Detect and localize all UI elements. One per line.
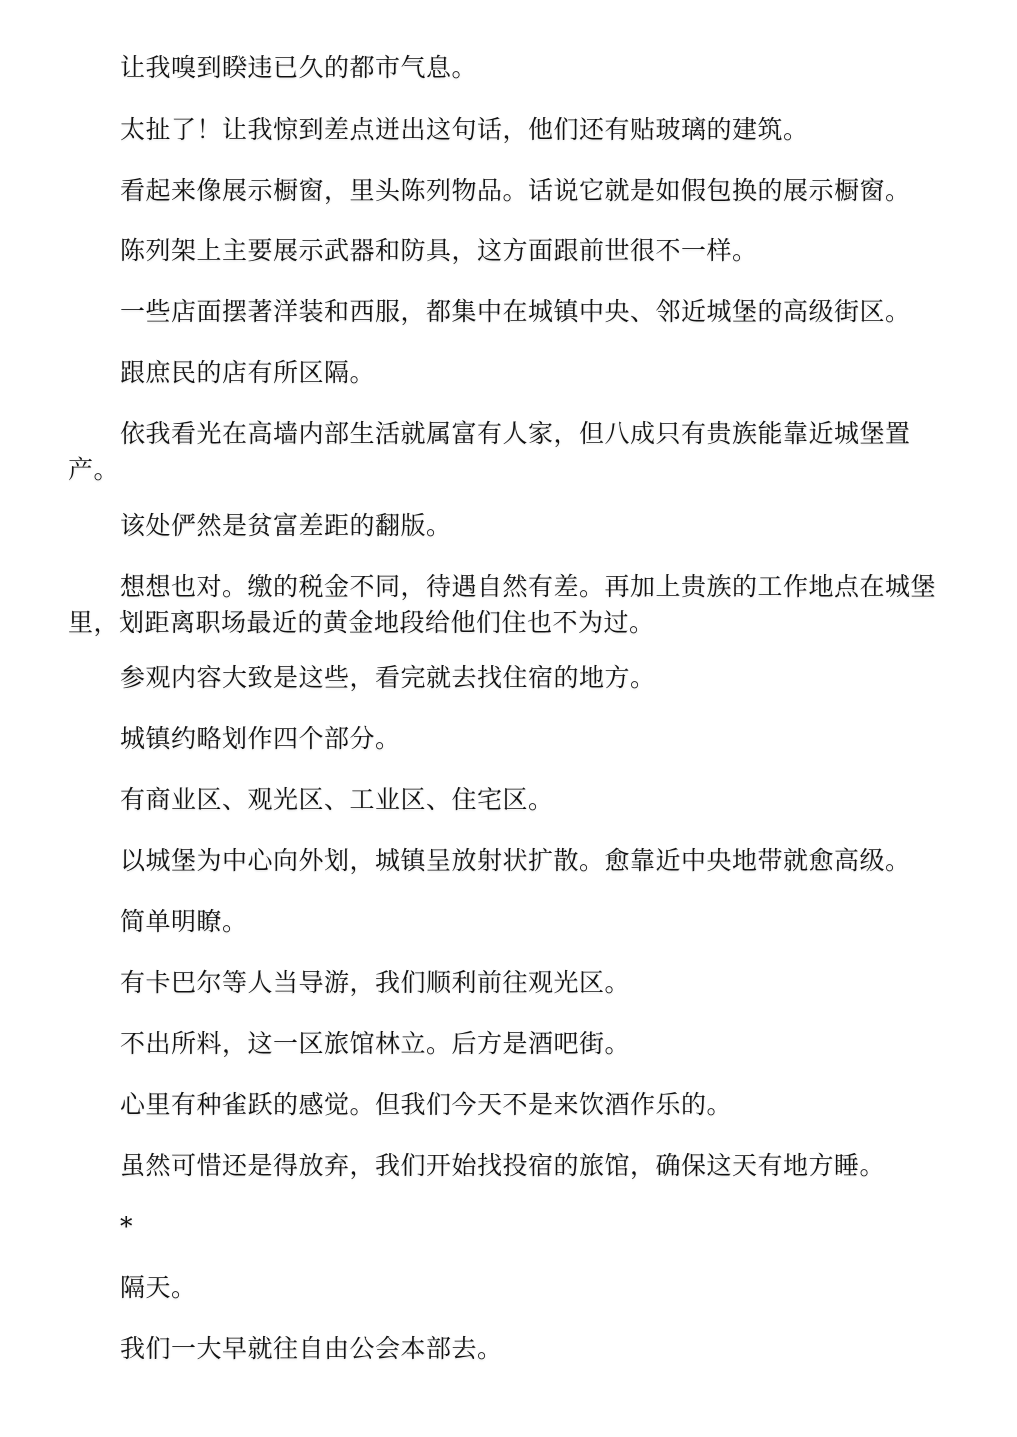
- paragraph: 太扯了！让我惊到差点迸出这句话，他们还有贴玻璃的建筑。: [68, 112, 948, 148]
- paragraph: 看起来像展示橱窗，里头陈列物品。话说它就是如假包换的展示橱窗。: [68, 173, 948, 209]
- paragraph: 想想也对。缴的税金不同，待遇自然有差。再加上贵族的工作地点在城堡里，划距离职场最…: [68, 569, 948, 641]
- paragraph: 依我看光在高墙内部生活就属富有人家，但八成只有贵族能靠近城堡置产。: [68, 416, 948, 488]
- paragraph: 参观内容大致是这些，看完就去找住宿的地方。: [68, 660, 948, 696]
- paragraph: 简单明瞭。: [68, 904, 948, 940]
- paragraph: 跟庶民的店有所区隔。: [68, 355, 948, 391]
- scene-break-asterisk: *: [68, 1209, 948, 1245]
- paragraph: 虽然可惜还是得放弃，我们开始找投宿的旅馆，确保这天有地方睡。: [68, 1148, 948, 1184]
- paragraph: 一些店面摆著洋装和西服，都集中在城镇中央、邻近城堡的高级街区。: [68, 294, 948, 330]
- paragraph: 隔天。: [68, 1270, 948, 1306]
- document-page: 让我嗅到睽违已久的都市气息。 太扯了！让我惊到差点迸出这句话，他们还有贴玻璃的建…: [0, 0, 1017, 1437]
- paragraph: 有商业区、观光区、工业区、住宅区。: [68, 782, 948, 818]
- paragraph: 心里有种雀跃的感觉。但我们今天不是来饮酒作乐的。: [68, 1087, 948, 1123]
- paragraph: 我们一大早就往自由公会本部去。: [68, 1331, 948, 1367]
- paragraph: 有卡巴尔等人当导游，我们顺利前往观光区。: [68, 965, 948, 1001]
- paragraph: 该处俨然是贫富差距的翻版。: [68, 508, 948, 544]
- paragraph: 城镇约略划作四个部分。: [68, 721, 948, 757]
- paragraph: 以城堡为中心向外划，城镇呈放射状扩散。愈靠近中央地带就愈高级。: [68, 843, 948, 879]
- paragraph: 让我嗅到睽违已久的都市气息。: [68, 50, 948, 86]
- paragraph: 不出所料，这一区旅馆林立。后方是酒吧街。: [68, 1026, 948, 1062]
- paragraph: 陈列架上主要展示武器和防具，这方面跟前世很不一样。: [68, 233, 948, 269]
